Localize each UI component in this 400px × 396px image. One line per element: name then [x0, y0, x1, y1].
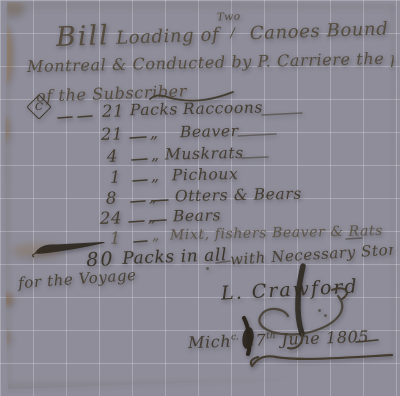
- row-item: Pichoux: [172, 165, 239, 184]
- ink-speck: [324, 314, 327, 317]
- row-unit: Packs: [130, 100, 178, 119]
- inserted-word: Two: [217, 11, 241, 24]
- row-unit: „: [151, 146, 160, 164]
- row-qty: 21: [101, 124, 124, 143]
- row-unit: „: [149, 188, 158, 206]
- ink-speck: [318, 309, 321, 312]
- dateline-place: Mich: [188, 332, 232, 352]
- total-text: Packs in all: [122, 245, 227, 269]
- row-unit: „: [151, 167, 160, 185]
- title-line: Bill Loading of Two ∕ Canoes Bound for: [55, 9, 400, 53]
- ink-speck: [206, 267, 209, 270]
- row-qty: 8: [106, 189, 118, 208]
- row-item: Mixt, fishers Beaver & Rats: [170, 223, 383, 243]
- row-unit: „: [150, 124, 159, 142]
- edge-stain: [0, 330, 10, 345]
- row-qty: 21: [102, 101, 125, 120]
- row-qty: 1: [110, 167, 122, 186]
- caret-mark: ∕: [230, 26, 236, 41]
- signature: L. Crawford: [221, 275, 360, 304]
- paper-shadow: Bill Loading of Two ∕ Canoes Bound for M…: [0, 0, 400, 396]
- row-qty: 24: [100, 208, 123, 227]
- title-word-bill: Bill: [55, 20, 110, 53]
- dateline-rest: June 1805: [281, 327, 369, 349]
- row-item: Beaver: [180, 122, 239, 141]
- interlinear-insertion: Two ∕: [225, 23, 244, 44]
- row-unit: „: [148, 208, 157, 226]
- edge-stain: [0, 293, 13, 306]
- title-end: Canoes Bound for: [249, 17, 400, 44]
- dateline-day: 27: [244, 330, 266, 350]
- corner-stain: [2, 0, 24, 16]
- bottom-swash: [251, 355, 392, 366]
- row-item: Bears: [173, 206, 222, 225]
- dateline-day-superscript: th: [266, 331, 276, 341]
- row-item: Muskrats: [165, 144, 244, 164]
- row-qty: 1: [110, 228, 122, 247]
- dateline-place-superscript: c.: [231, 332, 239, 342]
- row-item: Otters & Bears: [175, 185, 302, 206]
- photo-scene: Bill Loading of Two ∕ Canoes Bound for M…: [0, 0, 400, 396]
- row-unit: „: [152, 228, 160, 244]
- title-mid: Loading of: [116, 24, 220, 49]
- edge-stain: [0, 26, 12, 84]
- voyage-note: for the Voyage: [18, 266, 138, 292]
- row-item: Raccoons: [183, 98, 263, 118]
- manuscript-paper: Bill Loading of Two ∕ Canoes Bound for M…: [0, 0, 400, 396]
- dateline: Michc. 27th June 1805: [188, 327, 370, 352]
- row-qty: 4: [107, 147, 119, 166]
